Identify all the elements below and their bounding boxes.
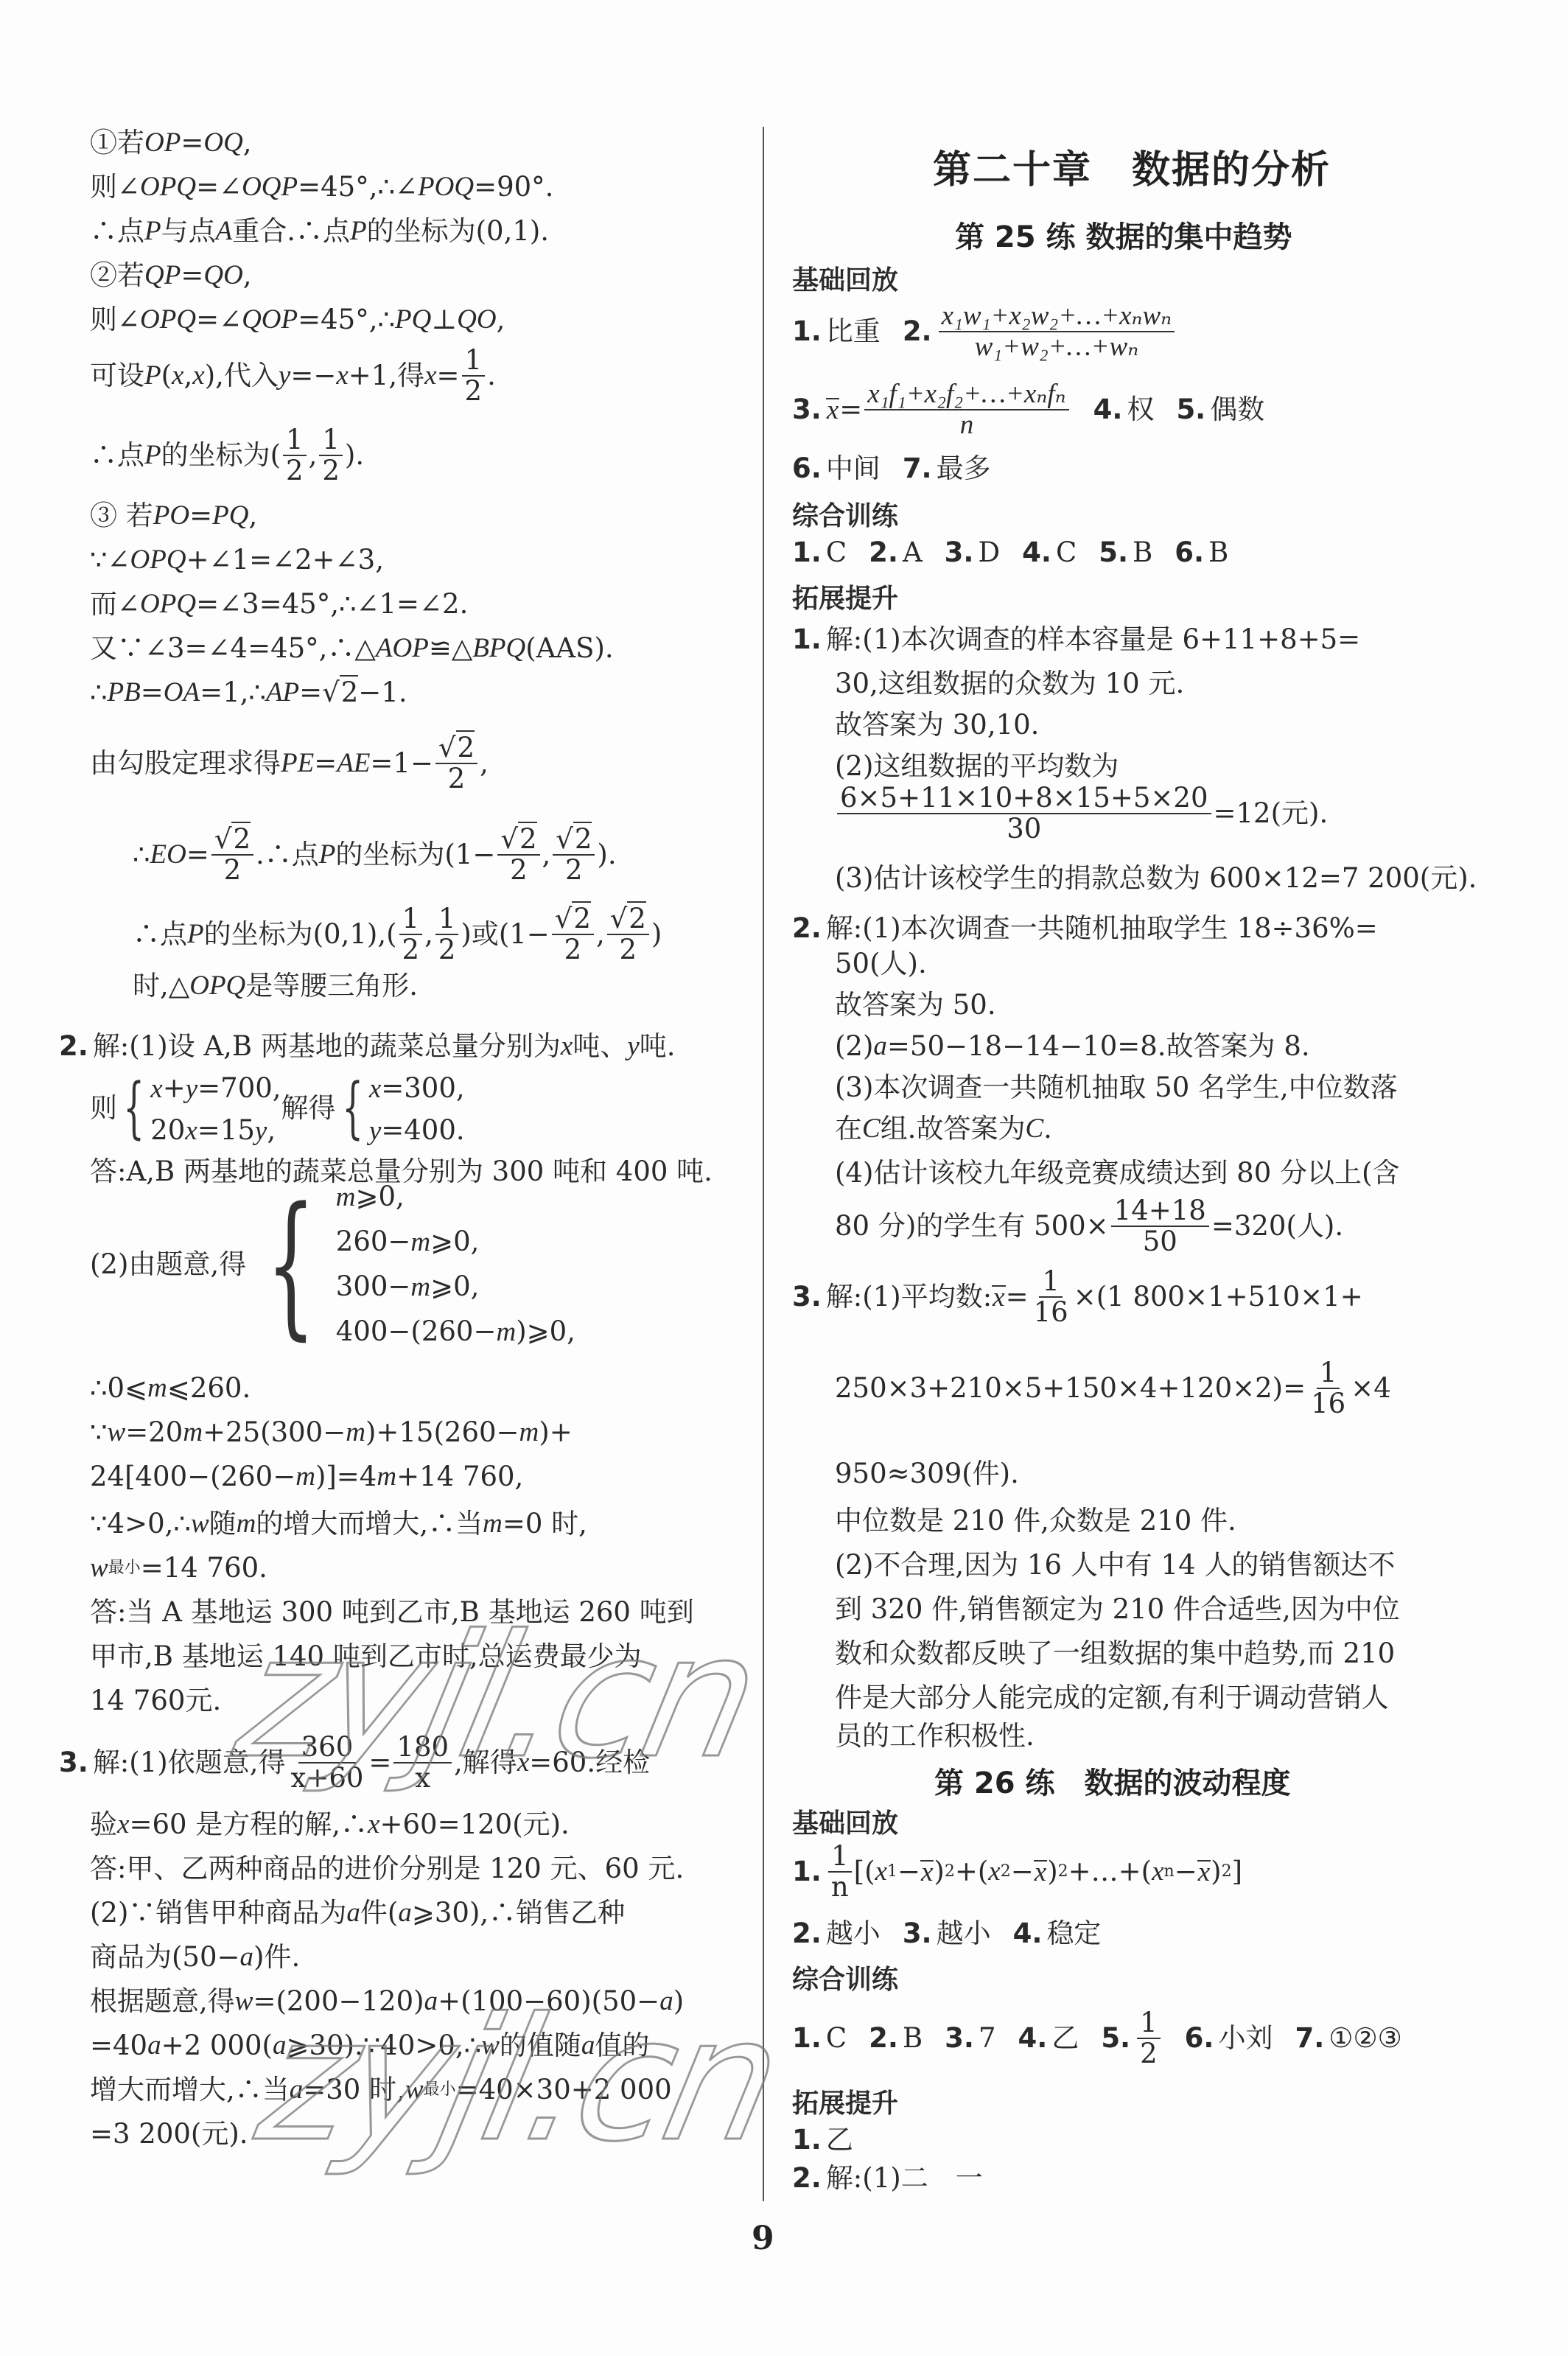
math-variable: x <box>368 1807 379 1842</box>
superscript: 2 <box>1058 1854 1068 1890</box>
item-number: 7. <box>1295 2021 1324 2056</box>
denominator: 2 <box>435 935 459 965</box>
system-row: y=400. <box>369 1110 465 1152</box>
text-line: (2)a=50−18−14−10=8.故答案为 8. <box>835 1029 1310 1064</box>
math-variable: x <box>192 358 204 394</box>
text-run: =1− <box>370 746 433 781</box>
text-line: 故答案为 30,10. <box>835 707 1039 743</box>
radicand: 2 <box>231 822 251 855</box>
section-basics-26: 基础回放 <box>792 1803 898 1840</box>
text-run: 解:(1)本次调查的样本容量是 6+11+8+5= <box>826 622 1360 657</box>
fraction: √22 <box>497 825 539 885</box>
text-line: 2. 越小3. 越小4. 稳定 <box>792 1916 1101 1951</box>
text-line: ∵w=20m+25(300−m)+15(260−m)+ <box>90 1415 573 1450</box>
text-run: 14 760元. <box>90 1683 221 1719</box>
text-line: 6×5+11×10+8×15+5×2030=12(元). <box>835 796 1328 831</box>
text-line: ∴点 P 与点 A 重合.∴点 P 的坐标为(0,1). <box>90 214 549 249</box>
item-number: 2. <box>792 2161 822 2196</box>
text-run: ⩾0, <box>356 1181 405 1212</box>
text-run: 24[400−(260− <box>90 1459 295 1495</box>
text-run: 吨、 <box>573 1029 627 1064</box>
text-run: 50(人). <box>835 946 927 982</box>
item-number: 6. <box>1175 535 1204 570</box>
item-number: 7. <box>903 451 932 486</box>
math-variable: m <box>410 1227 430 1257</box>
mean-symbol: x <box>826 398 839 422</box>
math-variable: a <box>346 1895 360 1931</box>
text-run: ) <box>934 1854 944 1890</box>
fraction: 14+1850 <box>1111 1196 1209 1256</box>
text-run: C <box>1056 535 1077 570</box>
text-run: 乙 <box>1051 2021 1079 2056</box>
text-run: =90°. <box>474 169 553 205</box>
text-run: ),代入 <box>205 358 279 394</box>
math-variable: x <box>172 358 183 394</box>
text-run: =60 是方程的解,∴ <box>129 1807 368 1842</box>
text-line: 可设 P(x,x),代入 y=−x+1,得 x=12. <box>90 358 496 394</box>
fraction: √22 <box>607 904 649 965</box>
math-variable: x <box>369 1074 381 1104</box>
math-variable: m <box>183 1415 203 1450</box>
text-run: +∠1=∠2+∠3, <box>186 542 384 578</box>
text-run: ⩾0, <box>430 1226 479 1257</box>
text-line: 由勾股定理求得 PE=AE=1−√22, <box>90 746 489 781</box>
math-variable: C <box>862 1111 881 1147</box>
numerator: x₁w₁+x₂w₂+…+xₙwₙ <box>939 301 1175 332</box>
denominator: 50 <box>1140 1227 1180 1256</box>
item-number: 5. <box>1099 535 1128 570</box>
text-run: +( <box>955 1854 988 1890</box>
system-rows: x=300,y=400. <box>369 1068 465 1149</box>
denominator: w₁+w₂+…+wₙ <box>972 332 1142 362</box>
text-run: 故答案为 50. <box>835 988 996 1023</box>
math-variable: P <box>350 214 367 249</box>
text-run: ∵ <box>90 1415 108 1450</box>
text-line: 80 分)的学生有 500×14+1850=320(人). <box>835 1209 1343 1244</box>
text-line: 950≈309(件). <box>835 1456 1019 1492</box>
square-root: √2 <box>438 733 475 763</box>
text-line: ∵4>0,∴w 随 m 的增大而增大,∴当 m=0 时, <box>90 1506 587 1542</box>
math-variable: x <box>424 358 436 394</box>
item-number: 1. <box>792 535 822 570</box>
math-variable: m <box>410 1272 430 1302</box>
text-run: 偶数 <box>1210 392 1264 427</box>
mean-symbol: x <box>1197 1860 1211 1884</box>
math-variable: OPQ <box>140 587 196 622</box>
math-variable: a <box>147 2028 161 2063</box>
text-run: (2) <box>835 1029 873 1064</box>
fraction: 1n <box>828 1842 852 1902</box>
text-run: +14 760, <box>396 1459 523 1495</box>
text-run: ⊥ <box>431 302 457 338</box>
text-run: (2)这组数据的平均数为 <box>835 749 1119 784</box>
math-variable: AP <box>266 675 299 710</box>
denominator: 2 <box>221 856 245 885</box>
system-rows: m⩾0,260−m⩾0,300−m⩾0,400−(260−m)⩾0, <box>336 1175 575 1355</box>
text-run: = <box>189 498 212 534</box>
mean-symbol: x <box>1034 1860 1047 1884</box>
text-run: 重合.∴点 <box>232 214 350 249</box>
math-variable: QO <box>203 258 242 293</box>
text-run: 950≈309(件). <box>835 1456 1019 1492</box>
text-line: ∴EO=√22.∴点 P 的坐标为(1−√22,√22). <box>133 837 617 873</box>
text-run: ∴ <box>90 675 108 710</box>
brace-symbol: { <box>267 1187 316 1342</box>
text-run: =45°,∴∠ <box>298 169 418 205</box>
text-run: (2)不合理,因为 16 人中有 14 人的销售额达不 <box>835 1548 1395 1583</box>
text-run: = <box>141 675 164 710</box>
item-number: 6. <box>1185 2021 1214 2056</box>
denominator: n <box>828 1873 852 1902</box>
text-line: 50(人). <box>835 946 927 982</box>
text-line: 1. 乙 <box>792 2122 853 2158</box>
text-run: =320(人). <box>1211 1209 1343 1244</box>
text-run: ∵∠ <box>90 542 130 578</box>
item-number: 2. <box>792 1916 822 1951</box>
math-variable: AOP <box>376 631 429 666</box>
text-line: 1.C2.B3.74.乙5.126.小刘7.①②③ <box>792 2021 1402 2056</box>
text-run: C <box>826 535 847 570</box>
text-run: )+ <box>539 1415 572 1450</box>
math-variable: x <box>988 1854 1000 1890</box>
math-variable: OQ <box>203 125 242 161</box>
text-run: 在 <box>835 1111 862 1147</box>
brace-symbol: { <box>123 1075 144 1142</box>
system-row: 300−m⩾0, <box>336 1266 575 1308</box>
item-number: 1. <box>792 2122 822 2158</box>
chapter-title: 第二十章 数据的分析 <box>933 139 1331 194</box>
text-line: 在 C 组.故答案为 C. <box>835 1111 1052 1147</box>
text-run: +1,得 <box>349 358 424 394</box>
math-variable: w <box>108 1415 126 1450</box>
text-run: 250×3+210×5+150×4+120×2)= <box>835 1371 1306 1406</box>
text-line: 2.解:(1)设 A,B 两基地的蔬菜总量分别为 x 吨、y 吨. <box>59 1029 676 1064</box>
item-number: 1. <box>792 1854 822 1890</box>
text-run: .∴点 <box>256 837 319 873</box>
text-run: =∠ <box>196 302 242 338</box>
math-variable: w <box>235 1984 253 2019</box>
text-line: 则∠OPQ=∠OQP=45°,∴∠POQ=90°. <box>90 169 553 205</box>
system-row: m⩾0, <box>336 1176 575 1218</box>
math-variable: y <box>255 1116 267 1146</box>
text-run: , <box>183 358 192 394</box>
numerator: 1 <box>435 904 459 935</box>
text-run: 越小 <box>937 1916 991 1951</box>
denominator: 2 <box>561 935 585 965</box>
math-variable: x <box>150 1074 162 1104</box>
text-line: ∴点 P 的坐标为(12,12). <box>90 438 364 473</box>
text-run: , <box>248 498 257 534</box>
text-run: 解:(1)二 一 <box>826 2161 983 2196</box>
radicand: 2 <box>627 901 646 934</box>
text-run: 最多 <box>937 451 991 486</box>
text-run: 300− <box>336 1270 411 1302</box>
text-run: +60=120(元). <box>379 1807 569 1842</box>
radicand: 2 <box>518 822 537 855</box>
fraction: 6×5+11×10+8×15+5×2030 <box>837 783 1211 844</box>
section-extension-25: 拓展提升 <box>792 578 898 615</box>
fraction: 12 <box>435 904 459 965</box>
text-run: ). <box>345 438 364 473</box>
math-variable: m <box>346 1415 365 1450</box>
text-run: A <box>903 535 923 570</box>
numerator: 1 <box>283 425 307 456</box>
text-line: 数和众数都反映了一组数据的集中趋势,而 210 <box>835 1636 1395 1671</box>
text-line: 2. 解:(1)二 一 <box>792 2161 983 2196</box>
item-number: 2. <box>869 2021 898 2056</box>
text-line: 商品为(50−a)件. <box>90 1940 300 1975</box>
text-run: , <box>596 917 605 952</box>
radical-sign: √ <box>556 823 573 855</box>
item-number: 2. <box>59 1029 88 1064</box>
text-run: = <box>1006 1279 1029 1315</box>
text-run: 商品为(50− <box>90 1940 240 1975</box>
text-line: (4)估计该校九年级竞赛成绩达到 80 分以上(含 <box>835 1156 1399 1191</box>
text-run: = <box>437 358 460 394</box>
math-variable: OPQ <box>130 542 186 578</box>
numerator: 14+18 <box>1111 1196 1209 1227</box>
math-variable: QP <box>144 258 181 293</box>
text-run: 答:甲、乙两种商品的进价分别是 120 元、60 元. <box>90 1851 684 1887</box>
text-run: ⩽260. <box>167 1371 251 1406</box>
numerator: 1 <box>462 346 486 377</box>
text-run: 又∵∠3=∠4=45°,∴△ <box>90 631 376 666</box>
text-run: =50−18−14−10=8.故答案为 8. <box>887 1029 1310 1064</box>
math-variable: A <box>216 214 233 249</box>
text-run: [( <box>854 1854 875 1890</box>
text-line: ②若 QP=QO, <box>90 258 252 293</box>
text-line: 2. 解:(1)本次调查一共随机抽取学生 18÷36%= <box>792 911 1378 946</box>
item-number: 1. <box>792 314 822 349</box>
item-number: 3. <box>792 1279 822 1315</box>
text-line: 员的工作积极性. <box>835 1719 1035 1754</box>
item-number: 3. <box>945 535 974 570</box>
text-run: 解:(1)设 A,B 两基地的蔬菜总量分别为 <box>93 1029 561 1064</box>
numerator: 1 <box>1317 1358 1340 1389</box>
text-run: ⩾0, <box>430 1270 479 1302</box>
math-variable: AE <box>337 746 370 781</box>
text-run: =3 200(元). <box>90 2116 248 2152</box>
text-run: . <box>487 358 496 394</box>
text-run: =1,∴ <box>200 675 266 710</box>
text-run: ] <box>1232 1854 1242 1890</box>
text-run: 数和众数都反映了一组数据的集中趋势,而 210 <box>835 1636 1395 1671</box>
text-run: 小刘 <box>1218 2021 1273 2056</box>
text-line: (2)由题意,得{m⩾0,260−m⩾0,300−m⩾0,400−(260−m)… <box>90 1247 575 1282</box>
lesson-26-title: 第 26 练 数据的波动程度 <box>934 1760 1291 1802</box>
numerator: √2 <box>497 825 539 856</box>
text-run: = <box>186 837 209 873</box>
square-root: √2 <box>610 904 646 934</box>
text-line: 1. 比重2.x₁w₁+x₂w₂+…+xₙwₙw₁+w₂+…+wₙ <box>792 314 1177 349</box>
text-run: = <box>181 125 203 161</box>
math-variable: m <box>496 1317 516 1347</box>
item-number: 1. <box>792 2021 822 2056</box>
text-run: 时,△ <box>133 968 189 1004</box>
numerator: 1 <box>399 904 423 935</box>
text-line: 而∠OPQ=∠3=45°,∴∠1=∠2. <box>90 587 468 622</box>
text-run: (2)由题意,得 <box>90 1247 246 1282</box>
text-run: , <box>497 302 505 338</box>
text-run: )]=4 <box>315 1459 377 1495</box>
text-line: 到 320 件,销售额定为 210 件合适些,因为中位 <box>835 1592 1400 1627</box>
text-run: ×4 <box>1351 1371 1391 1406</box>
item-number: 6. <box>792 451 822 486</box>
text-line: 1. 解:(1)本次调查的样本容量是 6+11+8+5= <box>792 622 1360 657</box>
text-run: 中间 <box>826 451 881 486</box>
square-root: √2 <box>555 904 591 934</box>
denominator: 2 <box>283 456 307 486</box>
math-variable: m <box>147 1371 167 1406</box>
item-number: 1. <box>792 622 822 657</box>
system-row: x+y=700, <box>150 1068 281 1110</box>
denominator: n <box>957 410 977 440</box>
section-basics-25: 基础回放 <box>792 259 898 297</box>
text-run: 与点 <box>161 214 216 249</box>
math-variable: OP <box>144 125 181 161</box>
text-run: (3)本次调查一共随机抽取 50 名学生,中位数落 <box>835 1070 1398 1105</box>
text-run: ①②③ <box>1329 2021 1402 2056</box>
math-variable: BPQ <box>472 631 525 666</box>
text-run: ∴点 <box>90 438 144 473</box>
text-line: 则∠OPQ=∠QOP=45°,∴PQ⊥QO, <box>90 302 505 338</box>
text-run: =0 时, <box>503 1506 587 1542</box>
text-line: (3)本次调查一共随机抽取 50 名学生,中位数落 <box>835 1070 1398 1105</box>
text-run: 件是大部分人能完成的定额,有利于调动营销人 <box>835 1680 1389 1716</box>
math-variable: PB <box>108 675 141 710</box>
math-variable: y <box>369 1116 381 1146</box>
item-number: 3. <box>903 1916 932 1951</box>
text-run: 20 <box>150 1114 185 1146</box>
math-variable: m <box>377 1459 396 1495</box>
text-run: 400−(260− <box>336 1315 497 1347</box>
item-number: 3. <box>792 392 822 427</box>
text-run: 30,这组数据的众数为 10 元. <box>835 666 1184 702</box>
system-row: 400−(260−m)⩾0, <box>336 1311 575 1353</box>
math-variable: PQ <box>212 498 248 534</box>
text-line: ∵∠OPQ+∠1=∠2+∠3, <box>90 542 384 578</box>
text-run: = <box>314 746 337 781</box>
text-run: 越小 <box>826 1916 881 1951</box>
text-run: 的增大而增大,∴当 <box>256 1506 483 1542</box>
text-line: 30,这组数据的众数为 10 元. <box>835 666 1184 702</box>
superscript: 2 <box>1222 1854 1232 1890</box>
text-run: , <box>542 837 551 873</box>
math-variable: a <box>873 1029 887 1064</box>
text-line: 1.1n[(x1−x)2+(x2−x)2+…+(xn−x)2] <box>792 1854 1242 1890</box>
math-variable: EO <box>150 837 186 873</box>
math-variable: w <box>191 1506 209 1542</box>
text-run: ①若 <box>90 125 144 161</box>
item-number: 4. <box>1013 1916 1043 1951</box>
text-run: 员的工作积极性. <box>835 1719 1035 1754</box>
text-line: (2)∵销售甲种商品为 a 件(a⩾30),∴销售乙种 <box>90 1895 625 1931</box>
superscript: 2 <box>945 1854 955 1890</box>
text-line: =3 200(元). <box>90 2116 248 2152</box>
fraction: 116 <box>1031 1267 1071 1327</box>
system-row: 260−m⩾0, <box>336 1221 575 1263</box>
radicand: 2 <box>340 675 359 708</box>
text-run: 的坐标为( <box>161 438 281 473</box>
text-run: 组.故答案为 <box>881 1111 1026 1147</box>
denominator: 30 <box>1004 814 1044 844</box>
math-variable: m <box>483 1506 503 1542</box>
denominator: 2 <box>562 856 586 885</box>
text-run: =40 <box>90 2028 147 2063</box>
text-run: =700, <box>197 1072 281 1104</box>
text-run: ). <box>597 837 616 873</box>
text-run: B <box>1133 535 1152 570</box>
numerator: 1 <box>1039 1267 1063 1298</box>
text-run: 的坐标为(0,1). <box>367 214 549 249</box>
text-run: 则∠ <box>90 302 140 338</box>
math-variable: w <box>90 1551 108 1586</box>
system-row: 20x=15y, <box>150 1110 281 1152</box>
page-number: 9 <box>752 2220 774 2257</box>
fraction: √22 <box>553 825 595 885</box>
item-number: 5. <box>1101 2021 1130 2056</box>
text-line: 1.C2.A3.D4.C5.B6.B <box>792 535 1228 570</box>
text-run: 稳定 <box>1046 1916 1101 1951</box>
denominator: 16 <box>1031 1298 1071 1327</box>
text-line: ①若 OP=OQ, <box>90 125 252 161</box>
numerator: 1 <box>1137 2008 1161 2039</box>
math-variable: x <box>117 1807 129 1842</box>
text-line: (2)这组数据的平均数为 <box>835 749 1119 784</box>
text-run: ∴ <box>133 837 150 873</box>
math-variable: x <box>561 1029 573 1064</box>
radicand: 2 <box>456 730 475 763</box>
text-line: 14 760元. <box>90 1683 221 1719</box>
text-line: 250×3+210×5+150×4+120×2)=116×4 <box>835 1371 1391 1406</box>
denominator: 2 <box>507 856 531 885</box>
math-variable: PQ <box>395 302 431 338</box>
text-run: , <box>243 125 252 161</box>
fraction: 12 <box>319 425 343 486</box>
numerator: 6×5+11×10+8×15+5×20 <box>837 783 1211 814</box>
math-variable: PO <box>153 498 189 534</box>
radical-sign: √ <box>214 823 232 855</box>
square-root: √2 <box>214 825 251 854</box>
equation-system: {x+y=700,20x=15y, <box>117 1068 281 1149</box>
radical-sign: √ <box>555 903 573 934</box>
math-variable: y <box>279 358 290 394</box>
text-line: ③ 若 PO=PQ, <box>90 498 257 534</box>
system-rows: x+y=700,20x=15y, <box>150 1068 281 1149</box>
radicand: 2 <box>573 822 592 855</box>
radical-sign: √ <box>610 903 628 934</box>
item-number: 2. <box>869 535 898 570</box>
fraction: 12 <box>283 425 307 486</box>
text-run: ⩾30),∴销售乙种 <box>412 1895 625 1931</box>
subscript: n <box>1164 1854 1175 1890</box>
text-run: =− <box>290 358 336 394</box>
denominator: 2 <box>616 935 640 965</box>
text-run: = <box>299 675 322 710</box>
text-line: 6. 中间7. 最多 <box>792 451 991 486</box>
mean-symbol: x <box>920 1860 934 1884</box>
text-run: +2 000( <box>161 2028 273 2063</box>
text-run: (3)估计该校学生的捐款总数为 600×12=7 200(元). <box>835 861 1477 896</box>
fraction: 12 <box>462 346 486 406</box>
math-variable: m <box>519 1415 539 1450</box>
denominator: 2 <box>319 456 343 486</box>
text-run: 中位数是 210 件,众数是 210 件. <box>835 1503 1236 1539</box>
math-variable: x <box>1152 1854 1163 1890</box>
text-run: + <box>163 1072 186 1104</box>
text-run: 则 <box>90 1091 117 1126</box>
brace-symbol: { <box>342 1075 363 1142</box>
